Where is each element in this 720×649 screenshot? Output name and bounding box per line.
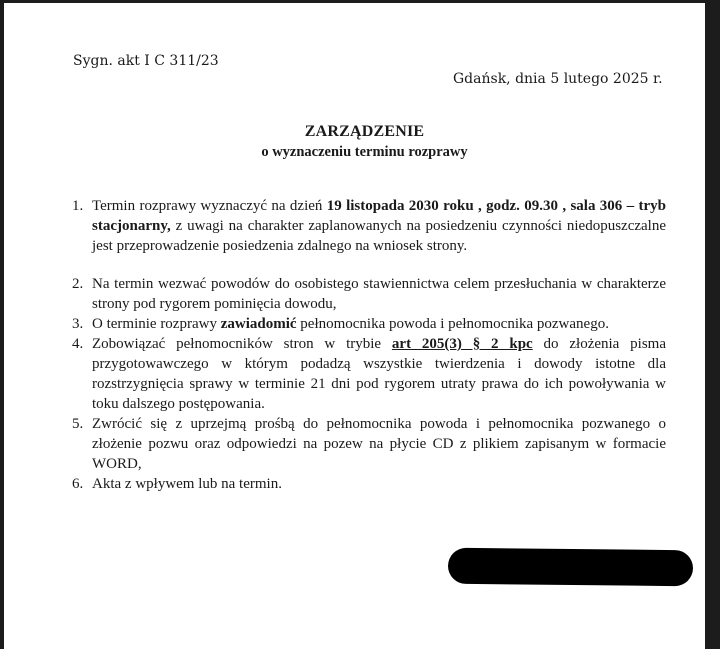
document-subtitle: o wyznaczeniu terminu rozprawy xyxy=(4,144,705,161)
item-number: 3. xyxy=(72,314,83,334)
order-item-4: 4. Zobowiązać pełnomocników stron w tryb… xyxy=(68,334,666,414)
order-item-2: 2. Na termin wezwać powodów do osobisteg… xyxy=(68,274,666,314)
item-number: 6. xyxy=(72,474,83,494)
redacted-signature xyxy=(448,548,693,587)
legal-reference: art 205(3) § 2 kpc xyxy=(392,336,533,352)
document-title: ZARZĄDZENIE xyxy=(4,123,705,141)
case-number: Sygn. akt I C 311/23 xyxy=(73,53,219,69)
item-number: 1. xyxy=(72,196,83,216)
order-items-list: 1. Termin rozprawy wyznaczyć na dzień 19… xyxy=(68,196,666,494)
order-item-1: 1. Termin rozprawy wyznaczyć na dzień 19… xyxy=(68,196,666,256)
place-and-date: Gdańsk, dnia 5 lutego 2025 r. xyxy=(453,71,663,87)
document-page: Sygn. akt I C 311/23 Gdańsk, dnia 5 lute… xyxy=(4,3,705,649)
item-number: 4. xyxy=(72,334,83,354)
order-item-3: 3. O terminie rozprawy zawiadomić pełnom… xyxy=(68,314,666,334)
item-number: 2. xyxy=(72,274,83,294)
order-item-5: 5. Zwrócić się z uprzejmą prośbą do pełn… xyxy=(68,414,666,474)
order-item-6: 6. Akta z wpływem lub na termin. xyxy=(68,474,666,494)
item-number: 5. xyxy=(72,414,83,434)
